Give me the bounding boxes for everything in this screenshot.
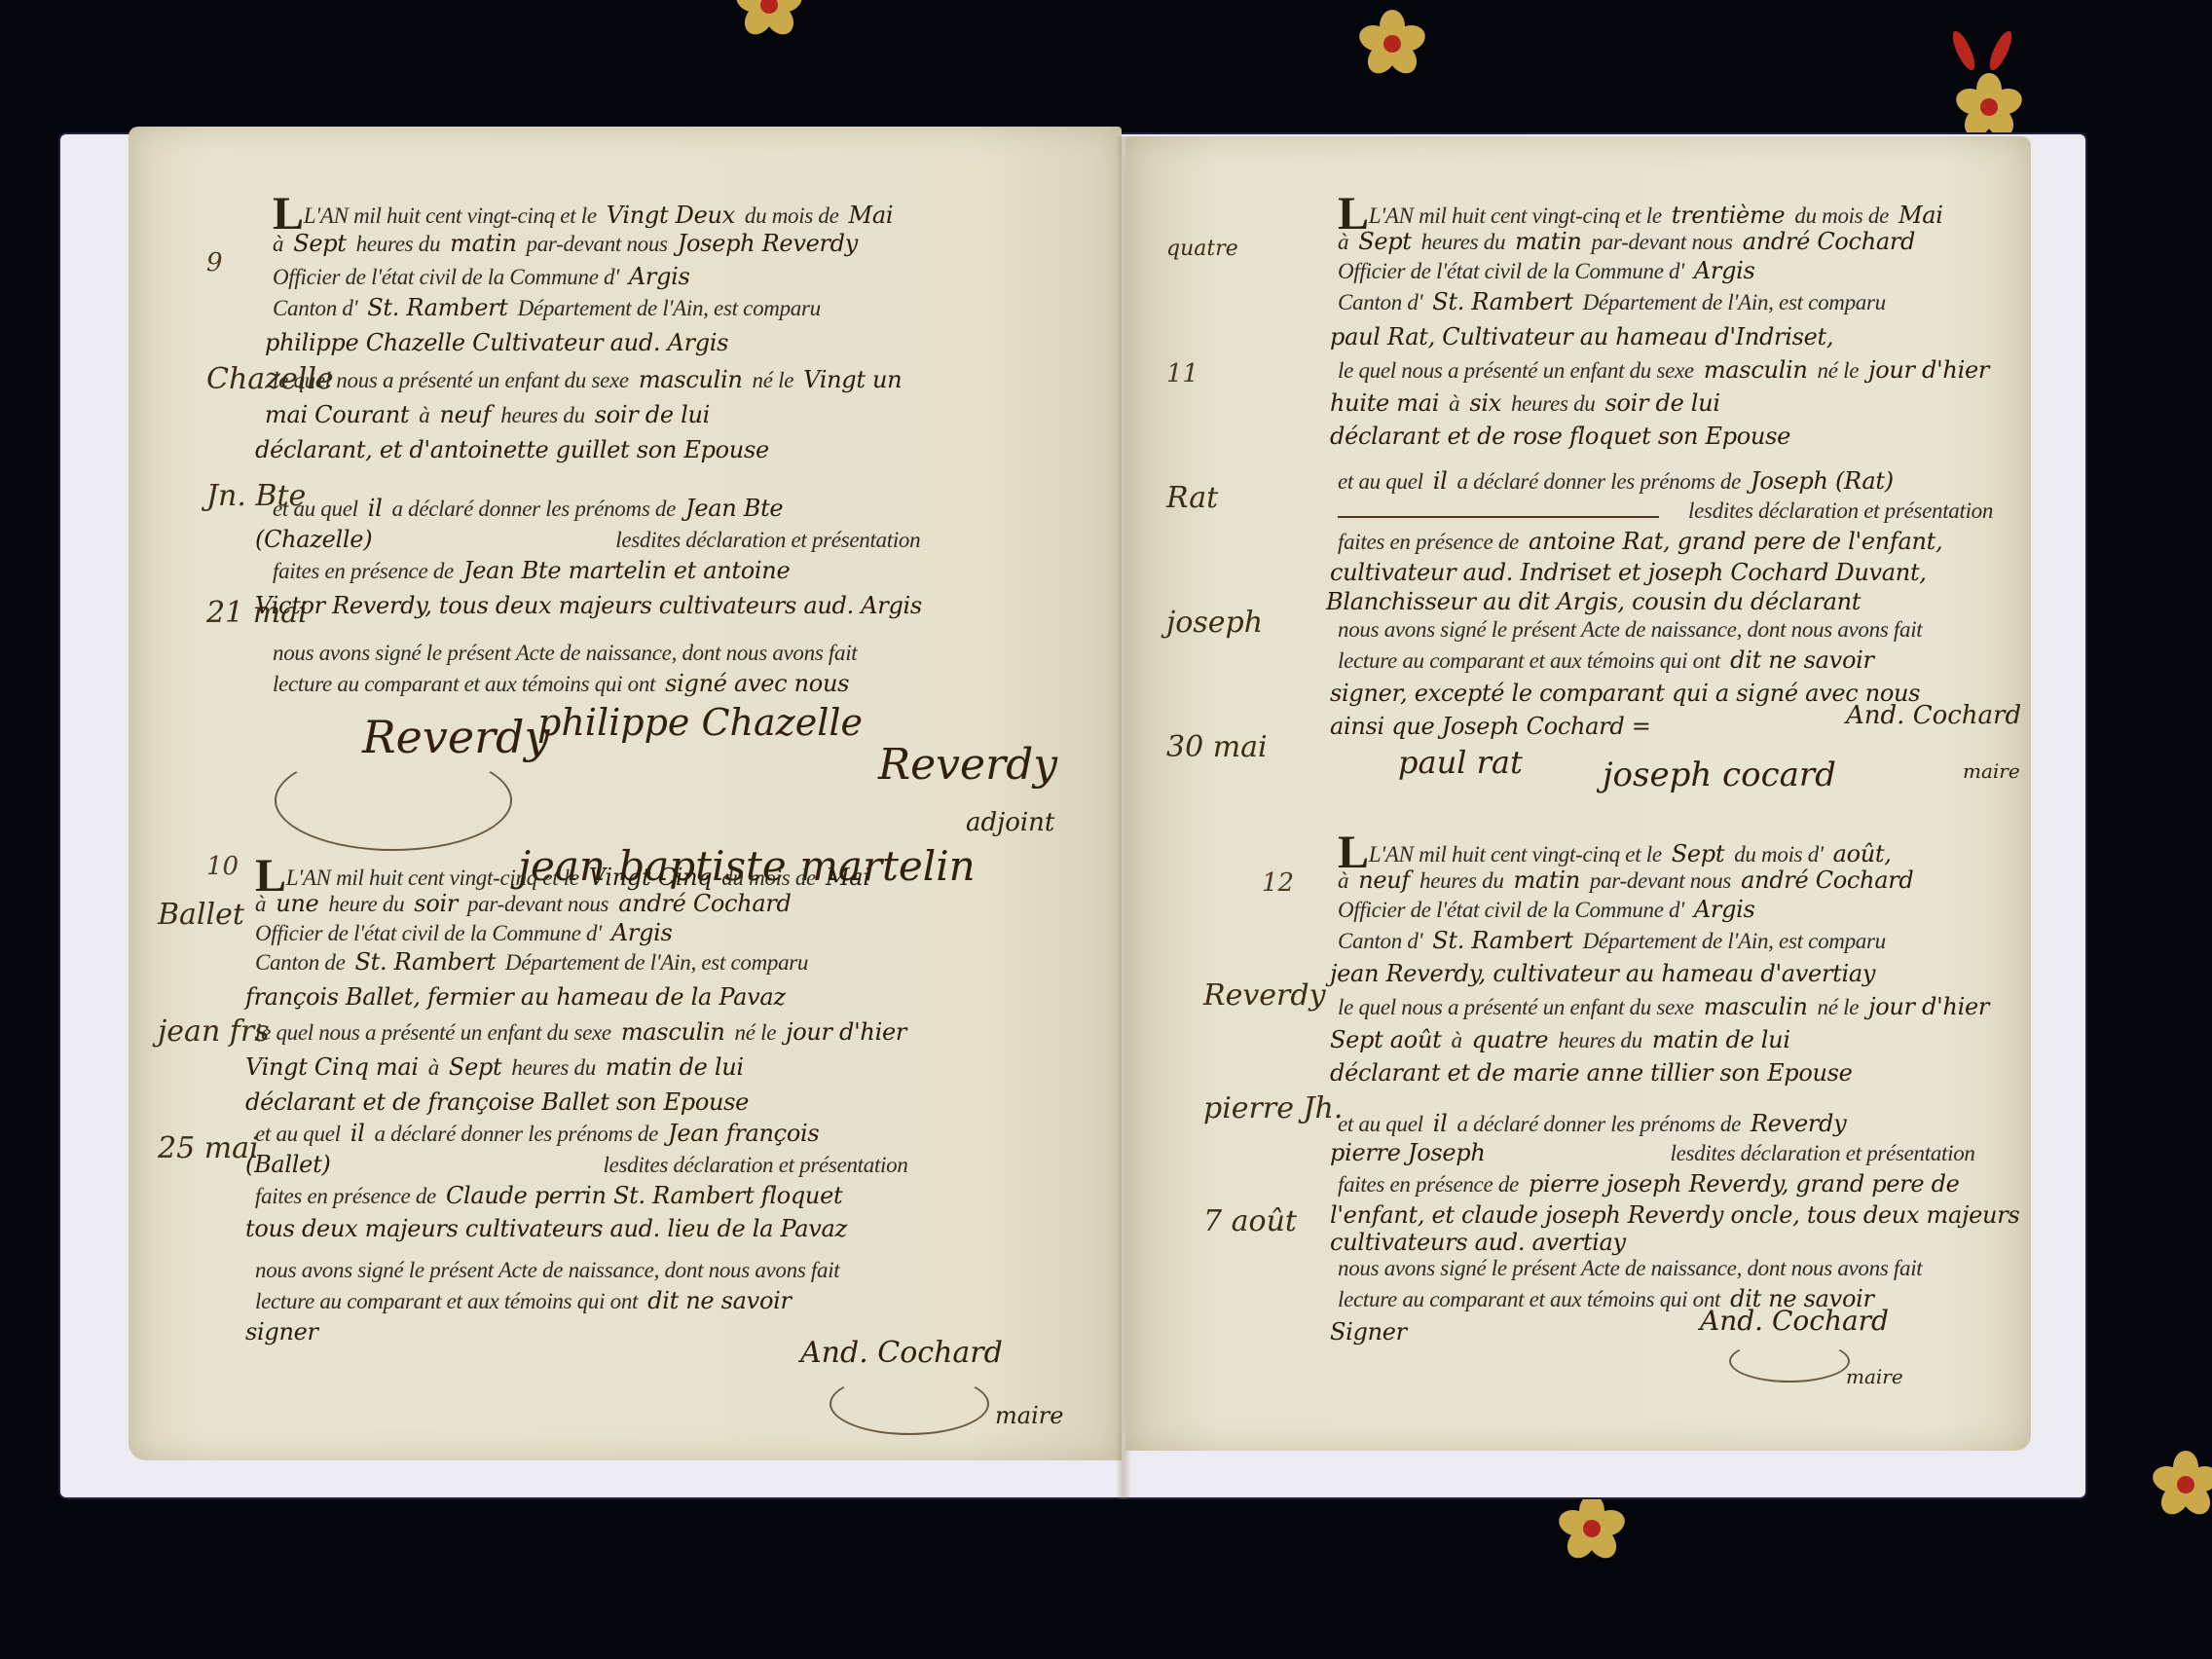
act-line: françois Ballet, fermier au hameau de la… xyxy=(236,983,795,1011)
act-line: lecture au comparant et aux témoins qui … xyxy=(273,670,859,697)
signature-cochard: And. Cochard xyxy=(1700,1305,1889,1337)
act-line: faites en présence depierre joseph Rever… xyxy=(1338,1170,1970,1198)
margin-given-name: jean frs xyxy=(158,1003,270,1061)
act-line: Canton d'St. RambertDépartement de l'Ain… xyxy=(1338,927,1886,954)
act-line: et au quelila déclaré donner les prénoms… xyxy=(1338,1110,1856,1137)
act-line: déclarant, et d'antoinette guillet son E… xyxy=(245,436,779,463)
act-line: cultivateur aud. Indriset et joseph Coch… xyxy=(1320,559,1936,586)
flower-pattern-icon xyxy=(1558,1494,1626,1563)
act-line: Canton deSt. RambertDépartement de l'Ain… xyxy=(255,948,808,976)
signature-title-maire: maire xyxy=(995,1402,1063,1429)
act-line: Officier de l'état civil de la Commune d… xyxy=(273,263,700,290)
act-line: ainsi que Joseph Cochard = xyxy=(1320,713,1661,740)
leaf-pattern-icon xyxy=(1948,28,1978,73)
act-line: et au quelila déclaré donner les prénoms… xyxy=(255,1120,829,1147)
act-line: l'enfant, et claude joseph Reverdy oncle… xyxy=(1320,1201,2029,1229)
act-line: Canton d'St. RambertDépartement de l'Ain… xyxy=(1338,288,1886,315)
act-line: Officier de l'état civil de la Commune d… xyxy=(1338,896,1765,923)
act-line: cultivateurs aud. avertiay xyxy=(1320,1229,1636,1256)
act-line: (Chazelle)lesdites déclaration et présen… xyxy=(245,526,920,553)
flower-pattern-icon xyxy=(1955,73,2023,141)
signature-reverdy-adjoint: Reverdy xyxy=(878,740,1057,790)
act-line: signer, excepté le comparant qui a signé… xyxy=(1320,680,1930,707)
act-line: nous avons signé le présent Acte de nais… xyxy=(273,641,857,666)
act-line: le quel nous a présenté un enfant du sex… xyxy=(273,366,911,393)
margin-surname: Rat xyxy=(1166,467,1268,530)
signature-flourish xyxy=(1729,1340,1850,1382)
act-line: Blanchisseur au dit Argis, cousin du déc… xyxy=(1316,588,1870,615)
act-line: Victor Reverdy, tous deux majeurs cultiv… xyxy=(245,592,932,619)
signature-cochard: And. Cochard xyxy=(800,1336,1003,1370)
margin-note-act-11: quatre 11 Rat joseph 30 mai xyxy=(1166,156,1268,841)
act-line: déclarant et de françoise Ballet son Epo… xyxy=(236,1088,758,1116)
act-line: lesdites déclaration et présentation xyxy=(1338,498,1993,524)
act-line: nous avons signé le présent Acte de nais… xyxy=(1338,617,1922,643)
act-line: àneufheures dumatinpar-devant nousandré … xyxy=(1338,866,1923,894)
act-line: Officier de l'état civil de la Commune d… xyxy=(255,919,682,946)
flower-pattern-icon xyxy=(1358,10,1426,78)
margin-given-name: pierre Jh. xyxy=(1203,1081,1343,1137)
act-line: Vingt Cinq maiàSeptheures dumatin de lui xyxy=(236,1053,754,1081)
act-line: pierre Josephlesdites déclaration et pré… xyxy=(1320,1139,1975,1166)
act-line: àuneheure dusoirpar-devant nousandré Coc… xyxy=(255,890,801,917)
act-line: faites en présence deClaude perrin St. R… xyxy=(255,1182,852,1209)
act-line: mai Courantàneufheures dusoir de lui xyxy=(255,401,719,428)
act-line: le quel nous a présenté un enfant du sex… xyxy=(1338,993,1999,1020)
margin-annotation: quatre xyxy=(1166,218,1268,280)
act-line: et au quelila déclaré donner les prénoms… xyxy=(1338,467,1903,495)
act-line: paul Rat, Cultivateur au hameau d'Indris… xyxy=(1320,323,1843,350)
leaf-pattern-icon xyxy=(1985,28,2015,73)
act-line: lecture au comparant et aux témoins qui … xyxy=(1338,646,1884,674)
act-line: signer xyxy=(236,1318,328,1346)
act-line: (Ballet)lesdites déclaration et présenta… xyxy=(236,1151,908,1178)
act-line: àSeptheures dumatinpar-devant nousJoseph… xyxy=(273,230,867,257)
left-page: 9 Chazelle Jn. Bte 21 mai LL'AN mil huit… xyxy=(129,127,1122,1460)
act-line: tous deux majeurs cultivateurs aud. lieu… xyxy=(236,1215,857,1242)
act-line: et au quelila déclaré donner les prénoms… xyxy=(273,495,793,522)
act-line: faites en présence deJean Bte martelin e… xyxy=(273,557,799,584)
signature-title-adjoint: adjoint xyxy=(966,808,1054,837)
signature-title-maire: maire xyxy=(1963,759,2020,783)
act-line: déclarant et de marie anne tillier son E… xyxy=(1320,1059,1862,1087)
signature-title-maire: maire xyxy=(1846,1365,1903,1388)
act-line: nous avons signé le présent Acte de nais… xyxy=(1338,1256,1922,1281)
margin-given-name: joseph xyxy=(1166,592,1268,654)
act-line: faites en présence deantoine Rat, grand … xyxy=(1338,528,1952,555)
act-line: Officier de l'état civil de la Commune d… xyxy=(1338,257,1765,284)
act-line: lecture au comparant et aux témoins qui … xyxy=(255,1287,801,1314)
signature-flourish xyxy=(275,750,512,851)
margin-date: 30 mai xyxy=(1166,717,1268,779)
act-line: Sept aoûtàquatreheures dumatin de lui xyxy=(1320,1026,1800,1053)
act-line: nous avons signé le présent Acte de nais… xyxy=(255,1258,839,1283)
act-line: philippe Chazelle Cultivateur aud. Argis xyxy=(255,329,738,356)
act-line: jean Reverdy, cultivateur au hameau d'av… xyxy=(1320,960,1885,987)
signature-joseph-cocard: joseph cocard xyxy=(1603,756,1836,794)
act-line: déclarant et de rose floquet son Epouse xyxy=(1320,423,1800,450)
act-line: Canton d'St. RambertDépartement de l'Ain… xyxy=(273,294,821,321)
right-page: quatre 11 Rat joseph 30 mai LL'AN mil hu… xyxy=(1125,136,2031,1451)
entry-number: 11 xyxy=(1166,343,1268,405)
signature-flourish xyxy=(829,1373,989,1435)
act-line: le quel nous a présenté un enfant du sex… xyxy=(255,1018,916,1046)
act-line: le quel nous a présenté un enfant du sex… xyxy=(1338,356,1999,384)
signature-paul-rat: paul rat xyxy=(1398,744,1523,781)
margin-surname: Ballet xyxy=(158,886,270,944)
entry-number: 12 xyxy=(1262,855,1343,911)
flower-pattern-icon xyxy=(735,0,803,39)
act-line: àSeptheures dumatinpar-devant nousandré … xyxy=(1338,228,1925,255)
flower-pattern-icon xyxy=(2152,1451,2212,1519)
act-line: Signer xyxy=(1320,1318,1417,1346)
signature-chazelle: philippe Chazelle xyxy=(537,701,863,744)
signature-cochard: And. Cochard xyxy=(1846,701,2021,730)
act-line: huite maiàsixheures dusoir de lui xyxy=(1320,389,1730,417)
